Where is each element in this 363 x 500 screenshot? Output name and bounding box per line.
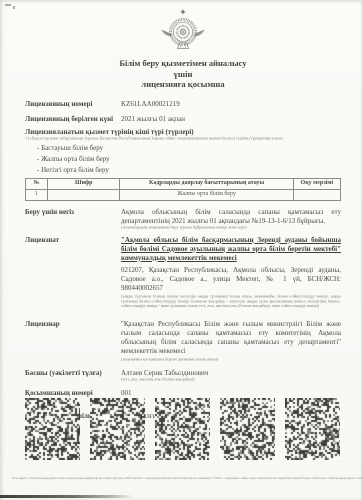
subtype-footnote: 1 («Рұқсаттар және хабарламалар туралы» … (25, 137, 341, 142)
head-row: Басшы (уәкілетті тұлға) Алтаев Серик Таб… (25, 369, 341, 383)
basis-row: Беру үшін негіз Ақмола облысының білім с… (25, 208, 341, 231)
basis-label: Беру үшін негіз (25, 208, 121, 217)
licensee-footnote: (заңды тұлғаның (соның ішінде шетелдік з… (121, 295, 341, 309)
qr-code-1-icon (25, 398, 80, 460)
cell-name: Жалпы орта білім беру (120, 189, 293, 200)
cell-num: 1 (26, 189, 48, 200)
qr-code-3-icon (155, 398, 210, 460)
annex-number-value: 001 (121, 389, 341, 398)
licensee-row: Лицензиат "Ақмола облысы білім басқармас… (25, 236, 341, 315)
subtype-item: - Негізгі орта білім беру (37, 166, 341, 175)
licensor-name: "Қазақстан Республикасы Білім және ғылым… (121, 320, 341, 356)
col-name: Кадрларды даярлау бағыттарының атауы (120, 178, 293, 189)
title-line-3: лицензияға қосымша (25, 79, 341, 90)
license-date-row: Лицензияның берілген күні 2021 жылғы 01 … (25, 115, 341, 124)
qr-code-4-icon (220, 398, 275, 460)
head-footnote: (тегі, аты, әкесінің аты (болған жағдайд… (121, 378, 341, 383)
subtype-heading: Лицензияланатын қызмет түрінің кіші түрі… (25, 128, 341, 137)
head-label: Басшы (уәкілетті тұлға) (25, 369, 121, 378)
programs-table: № Шифр Кадрларды даярлау бағыттарының ат… (25, 178, 341, 201)
col-cipher: Шифр (48, 178, 120, 189)
subtype-item: - Жалпы орта білім беру (37, 155, 341, 164)
footer-note: Осы құжат «Электрондық құжат және электр… (12, 477, 353, 481)
qr-code-5-icon (285, 398, 340, 460)
cell-cipher (48, 189, 120, 200)
scan-strip-artifact (0, 495, 133, 499)
table-header-row: № Шифр Кадрларды даярлау бағыттарының ат… (26, 178, 341, 189)
licensor-label: Лицензиар (25, 320, 121, 329)
license-number-label: Лицензияның номері (25, 100, 121, 109)
annex-number-label: Қосымшаның номері (25, 389, 121, 398)
kazakhstan-emblem-icon (160, 8, 206, 54)
license-number-value: KZ61LAA00021219 (121, 100, 341, 109)
basis-text: Ақмола облысының білім саласында сапаны … (121, 208, 341, 226)
scan-artifact (5, 4, 15, 9)
license-date-value: 2021 жылғы 01 ақпан (121, 115, 341, 124)
licensee-name: "Ақмола облысы білім басқармасының Зерен… (121, 236, 341, 263)
col-duration: Оқу мерзімі (293, 178, 340, 189)
license-annex-document: Білім беру қызметімен айналысу үшін лице… (0, 0, 363, 500)
cell-duration (293, 189, 340, 200)
title-line-2: үшін (25, 69, 341, 80)
qr-code-2-icon (90, 398, 145, 460)
license-number-row: Лицензияның номері KZ61LAA00021219 (25, 100, 341, 109)
basis-footnote: (лицензиардың лицензияны беру туралы бұй… (121, 226, 341, 231)
col-num: № (26, 178, 48, 189)
licensee-address: 021207, Қазақстан Республикасы, Ақмола о… (121, 266, 341, 293)
subtype-item: - Бастауыш білім беру (37, 144, 341, 153)
qr-code-strip (25, 398, 340, 460)
licensor-footnote: (лицензияға қосымшаны берген органның то… (121, 358, 341, 363)
page-title: Білім беру қызметімен айналысу үшін лице… (25, 58, 341, 90)
title-line-1: Білім беру қызметімен айналысу (25, 58, 341, 69)
licensor-row: Лицензиар "Қазақстан Республикасы Білім … (25, 320, 341, 363)
table-row: 1 Жалпы орта білім беру (26, 189, 341, 200)
annex-number-row: Қосымшаның номері 001 (25, 389, 341, 398)
license-date-label: Лицензияның берілген күні (25, 115, 121, 124)
head-name: Алтаев Серик Табылдинович (121, 369, 341, 378)
licensee-label: Лицензиат (25, 236, 121, 245)
